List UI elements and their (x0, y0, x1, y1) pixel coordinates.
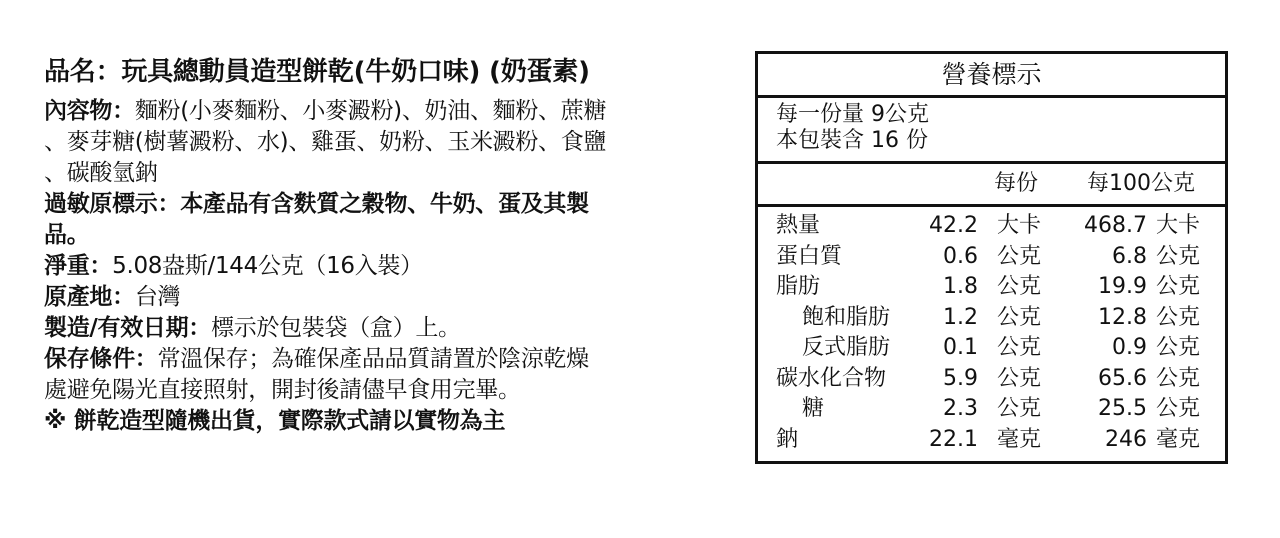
nutrient-row-sodium: 鈉 22.1 毫克 246 毫克 (758, 425, 1225, 456)
nutrient-row-energy: 熱量 42.2 大卡 468.7 大卡 (758, 211, 1225, 242)
nutrition-facts-table: 營養標示 每一份量 9公克 本包裝含 16 份 每份 每100公克 熱量 42.… (755, 51, 1228, 464)
product-name: 品名：玩具總動員造型餅乾(牛奶口味) (奶蛋素) (44, 52, 724, 92)
per-100g-value: 6.8 (1112, 242, 1147, 272)
date-value: 標示於包裝袋（盒）上。 (211, 315, 461, 341)
storage-label: 保存條件： (44, 346, 158, 372)
per-100g-unit: 公克 (1156, 333, 1200, 363)
col-per-100g: 每100公克 (1087, 164, 1195, 204)
ingredients-label: 內容物： (44, 98, 135, 124)
per-serving-unit: 公克 (997, 242, 1041, 272)
col-per-serving: 每份 (994, 164, 1038, 204)
per-100g-value: 0.9 (1112, 333, 1147, 363)
net-weight-label: 淨重： (44, 253, 112, 279)
storage-line-1: 保存條件：常溫保存；為確保產品品質請置於陰涼乾燥 (44, 344, 724, 375)
origin: 原產地：台灣 (44, 282, 724, 313)
per-100g-unit: 大卡 (1156, 211, 1200, 241)
per-serving-value: 1.8 (943, 272, 978, 302)
per-serving-value: 22.1 (929, 425, 978, 455)
per-100g-unit: 公克 (1156, 303, 1200, 333)
allergen-line-2: 品。 (44, 220, 724, 251)
per-serving-value: 1.2 (943, 303, 978, 333)
nutrient-row-carbohydrate: 碳水化合物 5.9 公克 65.6 公克 (758, 364, 1225, 395)
serving-size: 每一份量 9公克 (776, 102, 1225, 128)
nutrient-name: 鈉 (776, 425, 798, 455)
per-100g-value: 246 (1105, 425, 1147, 455)
ingredients-line-2: 、麥芽糖(樹薯澱粉、水)、雞蛋、奶粉、玉米澱粉、食鹽 (44, 127, 724, 158)
nutrient-row-protein: 蛋白質 0.6 公克 6.8 公克 (758, 242, 1225, 273)
ingredients-line-3: 、碳酸氫鈉 (44, 158, 724, 189)
per-100g-value: 65.6 (1098, 364, 1147, 394)
per-serving-unit: 公克 (997, 303, 1041, 333)
origin-label: 原產地： (44, 284, 135, 310)
nutrient-name: 脂肪 (776, 272, 820, 302)
ingredients-text-1: 麵粉(小麥麵粉、小麥澱粉)、奶油、麵粉、蔗糖 (135, 98, 606, 124)
nutrient-name: 反式脂肪 (802, 333, 890, 363)
nutrient-name: 糖 (802, 394, 824, 424)
per-100g-value: 25.5 (1098, 394, 1147, 424)
per-100g-unit: 公克 (1156, 394, 1200, 424)
per-serving-value: 0.6 (943, 242, 978, 272)
per-100g-unit: 公克 (1156, 272, 1200, 302)
date-label: 製造/有效日期： (44, 315, 211, 341)
storage-line-2: 處避免陽光直接照射，開封後請儘早食用完畢。 (44, 375, 724, 406)
per-100g-value: 468.7 (1084, 211, 1147, 241)
ingredients-line-1: 內容物：麵粉(小麥麵粉、小麥澱粉)、奶油、麵粉、蔗糖 (44, 96, 724, 127)
nutrient-row-trans-fat: 反式脂肪 0.1 公克 0.9 公克 (758, 333, 1225, 364)
per-serving-unit: 公克 (997, 272, 1041, 302)
servings-per-package: 本包裝含 16 份 (776, 128, 1225, 154)
per-100g-unit: 公克 (1156, 242, 1200, 272)
per-serving-unit: 公克 (997, 364, 1041, 394)
per-serving-value: 2.3 (943, 394, 978, 424)
product-label: 品名：玩具總動員造型餅乾(牛奶口味) (奶蛋素) 內容物：麵粉(小麥麵粉、小麥澱… (0, 0, 1280, 538)
per-100g-unit: 公克 (1156, 364, 1200, 394)
serving-info: 每一份量 9公克 本包裝含 16 份 (758, 98, 1225, 164)
net-weight-value: 5.08盎斯/144公克（16入裝） (112, 253, 423, 279)
product-info-block: 品名：玩具總動員造型餅乾(牛奶口味) (奶蛋素) 內容物：麵粉(小麥麵粉、小麥澱… (44, 52, 724, 437)
per-serving-unit: 毫克 (997, 425, 1041, 455)
nutrient-name: 飽和脂肪 (802, 303, 890, 333)
net-weight: 淨重：5.08盎斯/144公克（16入裝） (44, 251, 724, 282)
nutrition-title: 營養標示 (758, 54, 1225, 98)
nutrient-name: 碳水化合物 (776, 364, 886, 394)
shape-note: ※ 餅乾造型隨機出貨，實際款式請以實物為主 (44, 406, 724, 437)
nutrient-name: 蛋白質 (776, 242, 842, 272)
per-100g-value: 12.8 (1098, 303, 1147, 333)
nutrient-row-saturated-fat: 飽和脂肪 1.2 公克 12.8 公克 (758, 303, 1225, 334)
origin-value: 台灣 (135, 284, 180, 310)
per-serving-value: 0.1 (943, 333, 978, 363)
nutrient-rows: 熱量 42.2 大卡 468.7 大卡 蛋白質 0.6 公克 6.8 公克 脂肪… (758, 207, 1225, 455)
date-info: 製造/有效日期：標示於包裝袋（盒）上。 (44, 313, 724, 344)
per-serving-unit: 大卡 (997, 211, 1041, 241)
nutrient-name: 熱量 (776, 211, 820, 241)
per-100g-unit: 毫克 (1156, 425, 1200, 455)
column-headers: 每份 每100公克 (758, 164, 1225, 207)
per-serving-value: 5.9 (943, 364, 978, 394)
per-serving-value: 42.2 (929, 211, 978, 241)
allergen-line-1: 過敏原標示：本產品有含麩質之穀物、牛奶、蛋及其製 (44, 189, 724, 220)
per-100g-value: 19.9 (1098, 272, 1147, 302)
storage-value-1: 常溫保存；為確保產品品質請置於陰涼乾燥 (158, 346, 589, 372)
per-serving-unit: 公克 (997, 333, 1041, 363)
per-serving-unit: 公克 (997, 394, 1041, 424)
nutrient-row-sugar: 糖 2.3 公克 25.5 公克 (758, 394, 1225, 425)
nutrient-row-fat: 脂肪 1.8 公克 19.9 公克 (758, 272, 1225, 303)
